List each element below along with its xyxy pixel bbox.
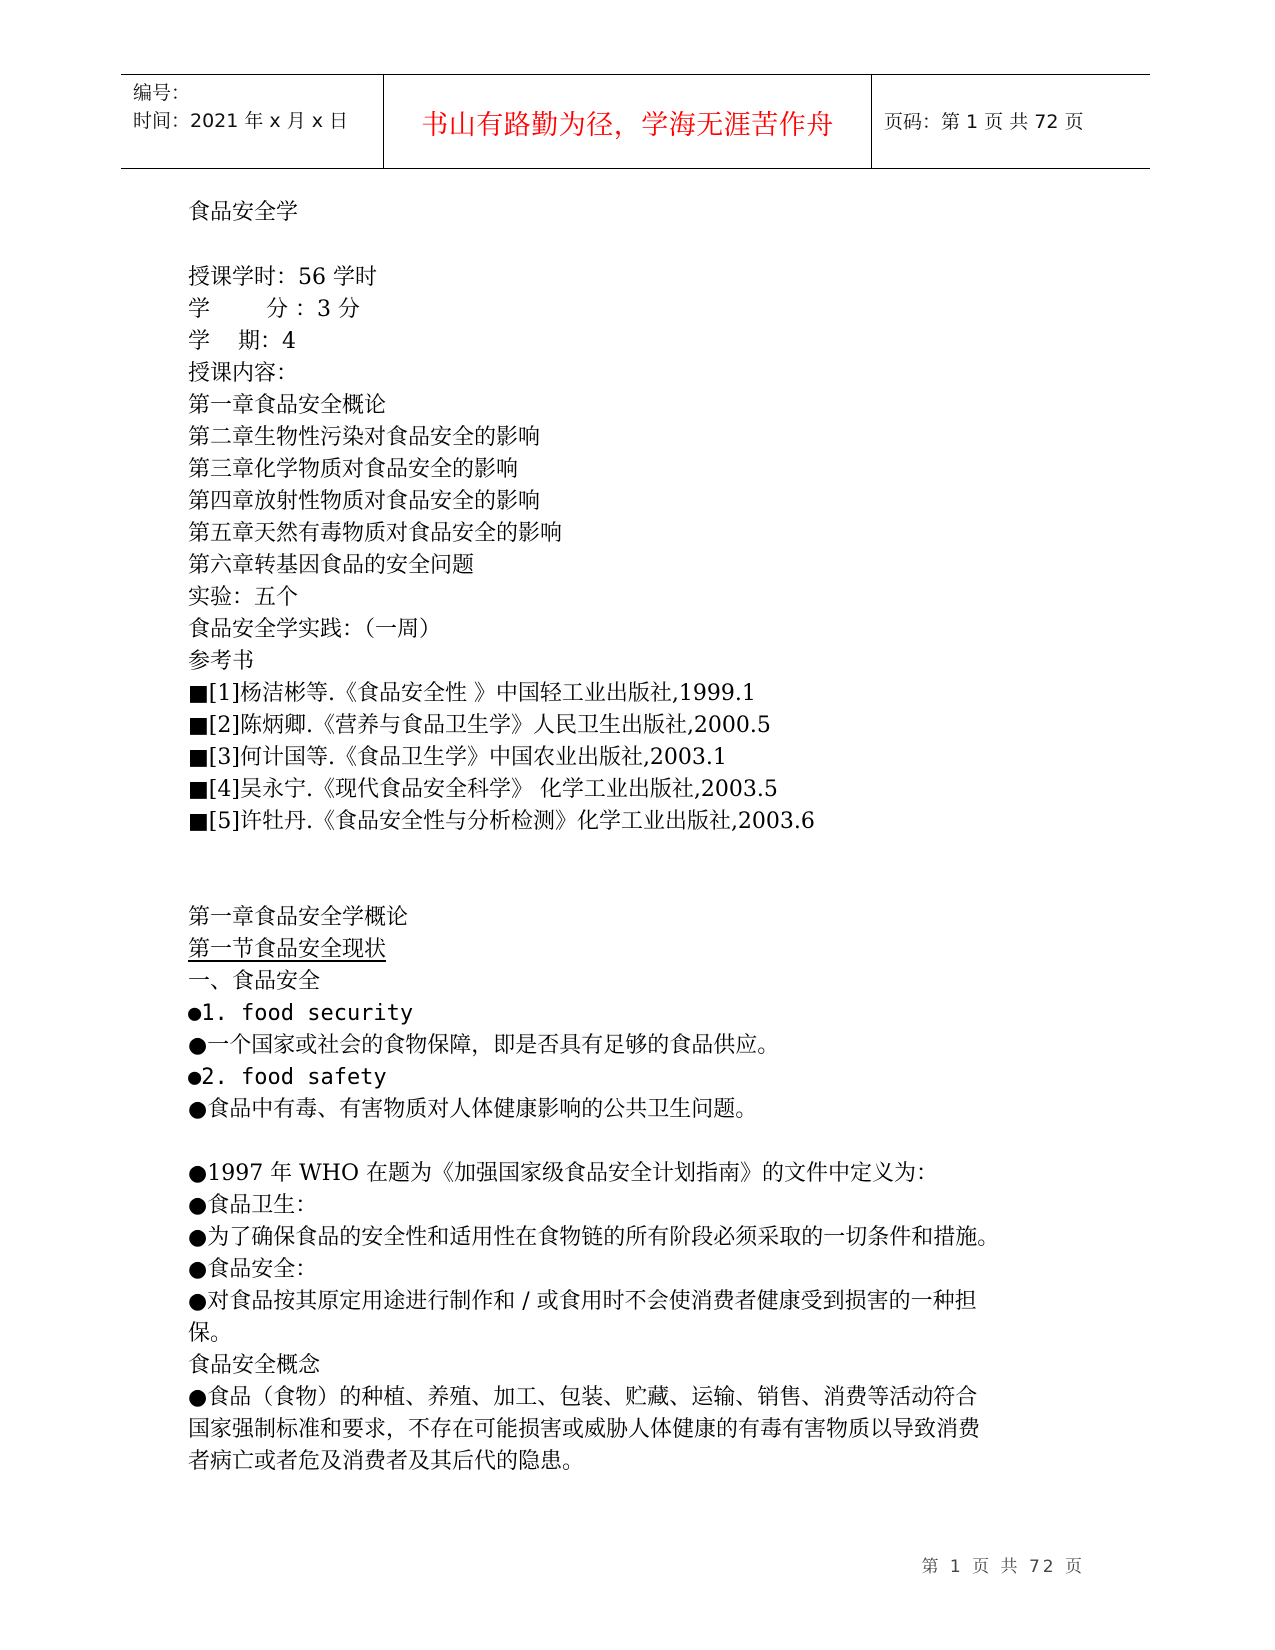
practice: 食品安全学实践：（一周） [188,615,441,645]
date-label: 时间：2021 年 x 月 x 日 [133,107,348,135]
reference-item: ■[4]吴永宁.《现代食品安全科学》 化学工业出版社,2003.5 [188,775,778,805]
chapter-list-item: 第五章天然有毒物质对食品安全的影响 [188,519,562,549]
reference-item: ■[1]杨洁彬等.《食品安全性 》中国轻工业出版社,1999.1 [188,679,756,709]
concept-line: 者病亡或者危及消费者及其后代的隐患。 [188,1447,584,1477]
motto: 书山有路勤为径，学海无涯苦作舟 [384,103,871,142]
who-intro: ●1997 年 WHO 在题为《加强国家级食品安全计划指南》的文件中定义为： [188,1159,938,1189]
chapter-list-item: 第一章食品安全概论 [188,391,386,421]
reference-item: ■[3]何计国等.《食品卫生学》中国农业出版社,2003.1 [188,743,727,773]
header-motto-cell: 书山有路勤为径，学海无涯苦作舟 [383,75,872,168]
bullet-item: ●1. food security [188,999,413,1029]
serial-label: 编号： [133,79,190,107]
concept-line: 国家强制标准和要求，不存在可能损害或威胁人体健康的有毒有害物质以导致消费 [188,1415,980,1445]
bullet-item: ●一个国家或社会的食物保障，即是否具有足够的食品供应。 [188,1031,779,1061]
concept-line: ●食品（食物）的种植、养殖、加工、包装、贮藏、运输、销售、消费等活动符合 [188,1383,977,1413]
experiments: 实验：五个 [188,583,298,613]
chapter-list-item: 第三章化学物质对食品安全的影响 [188,455,518,485]
header-meta-cell: 编号： 时间：2021 年 x 月 x 日 [121,75,383,168]
page-footer: 第 1 页 共 72 页 [0,1552,1085,1577]
concept-label: 食品安全概念 [188,1351,320,1381]
header-page-cell: 页码：第 1 页 共 72 页 [872,75,1150,168]
page-header: 编号： 时间：2021 年 x 月 x 日 书山有路勤为径，学海无涯苦作舟 页码… [121,74,1150,169]
subsection-title: 一、食品安全 [188,967,320,997]
chapter-list-item: 第四章放射性物质对食品安全的影响 [188,487,540,517]
course-hours: 授课学时：56 学时 [188,263,377,293]
hygiene-definition: ●为了确保食品的安全性和适用性在食物链的所有阶段必须采取的一切条件和措施。 [188,1223,999,1253]
bullet-item: ●2. food safety [188,1063,387,1093]
safety-label: ●食品安全： [188,1255,317,1285]
chapter1-title: 第一章食品安全学概论 [188,903,408,933]
course-content-label: 授课内容： [188,359,298,389]
section-title: 第一节食品安全现状 [188,935,386,965]
reference-item: ■[2]陈炳卿.《营养与食品卫生学》人民卫生出版社,2000.5 [188,711,771,741]
bullet-item: ●食品中有毒、有害物质对人体健康影响的公共卫生问题。 [188,1095,757,1125]
hygiene-label: ●食品卫生： [188,1191,317,1221]
course-semester: 学 期：4 [188,327,296,357]
references-label: 参考书 [188,647,254,677]
header-page-info: 页码：第 1 页 共 72 页 [884,107,1083,134]
chapter-list-item: 第二章生物性污染对食品安全的影响 [188,423,540,453]
reference-item: ■[5]许牡丹.《食品安全性与分析检测》化学工业出版社,2003.6 [188,807,815,837]
safety-definition-line: ●对食品按其原定用途进行制作和 / 或食用时不会使消费者健康受到损害的一种担 [188,1287,977,1317]
course-title: 食品安全学 [188,198,298,228]
safety-definition-line: 保。 [188,1319,232,1349]
chapter-list-item: 第六章转基因食品的安全问题 [188,551,474,581]
course-credits: 学 分 ：3 分 [188,295,360,325]
